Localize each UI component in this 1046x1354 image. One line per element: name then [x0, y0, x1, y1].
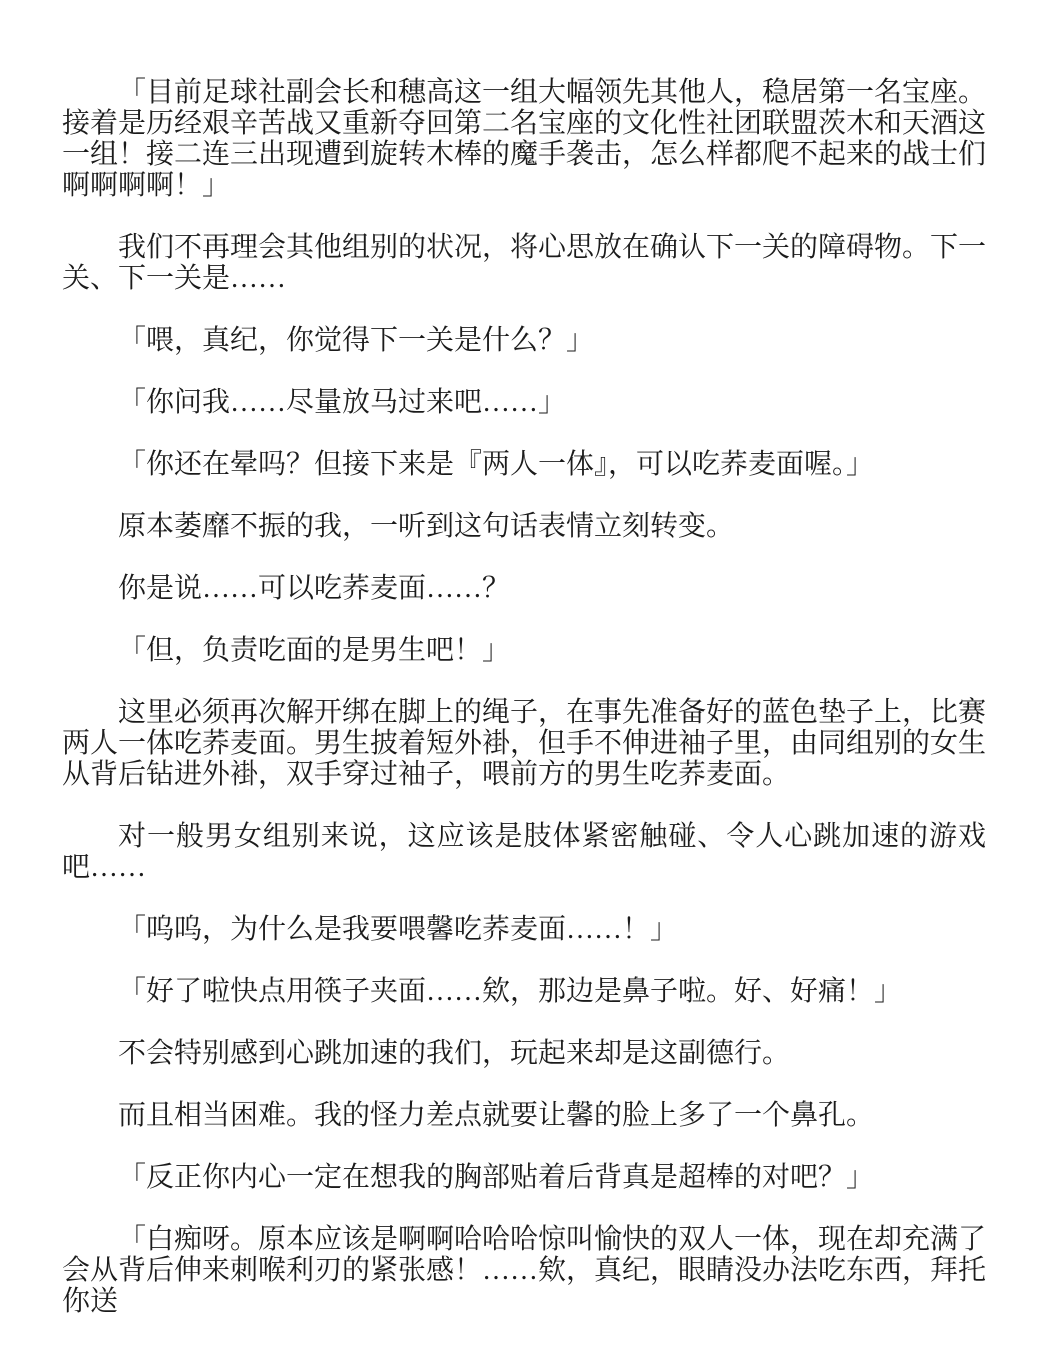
document-page: 「目前足球社副会长和穗高这一组大幅领先其他人，稳居第一名宝座。接着是历经艰辛苦战… — [0, 0, 1046, 1354]
paragraph-narration-no-excitement: 不会特别感到心跳加速的我们，玩起来却是这副德行。 — [62, 1038, 986, 1069]
paragraph-dialogue-idiot-tension: 「白痴呀。原本应该是啊啊哈哈哈惊叫愉快的双人一体，现在却充满了会从背后伸来刺喉利… — [62, 1224, 986, 1317]
paragraph-narration-heart-pounding-game: 对一般男女组别来说，这应该是肢体紧密触碰、令人心跳加速的游戏吧…… — [62, 821, 986, 883]
paragraph-narration-rules-description: 这里必须再次解开绑在脚上的绳子，在事先准备好的蓝色垫子上，比赛两人一体吃荞麦面。… — [62, 697, 986, 790]
paragraph-dialogue-boys-eat: 「但，负责吃面的是男生吧！」 — [62, 635, 986, 666]
paragraph-dialogue-chopsticks-nose: 「好了啦快点用筷子夹面……欸，那边是鼻子啦。好、好痛！」 — [62, 976, 986, 1007]
paragraph-narration-soba-thought: 你是说……可以吃荞麦面……？ — [62, 573, 986, 604]
text-content: 「目前足球社副会长和穗高这一组大幅领先其他人，稳居第一名宝座。接着是历经艰辛苦战… — [62, 77, 986, 1317]
paragraph-narration-next-obstacle: 我们不再理会其他组别的状况，将心思放在确认下一关的障碍物。下一关、下一关是…… — [62, 232, 986, 294]
paragraph-dialogue-why-feed-kaoru: 「呜呜，为什么是我要喂馨吃荞麦面……！」 — [62, 914, 986, 945]
paragraph-dialogue-two-in-one-soba: 「你还在晕吗？但接下来是『两人一体』，可以吃荞麦面喔。」 — [62, 449, 986, 480]
paragraph-narration-difficult-nostril: 而且相当困难。我的怪力差点就要让馨的脸上多了一个鼻孔。 — [62, 1100, 986, 1131]
paragraph-narration-expression-change: 原本萎靡不振的我，一听到这句话表情立刻转变。 — [62, 511, 986, 542]
paragraph-dialogue-chest-teasing: 「反正你内心一定在想我的胸部贴着后背真是超棒的对吧？」 — [62, 1162, 986, 1193]
paragraph-dialogue-question-maki: 「喂，真纪，你觉得下一关是什么？」 — [62, 325, 986, 356]
paragraph-announcer-race-standings: 「目前足球社副会长和穗高这一组大幅领先其他人，稳居第一名宝座。接着是历经艰辛苦战… — [62, 77, 986, 201]
paragraph-dialogue-reply: 「你问我……尽量放马过来吧……」 — [62, 387, 986, 418]
